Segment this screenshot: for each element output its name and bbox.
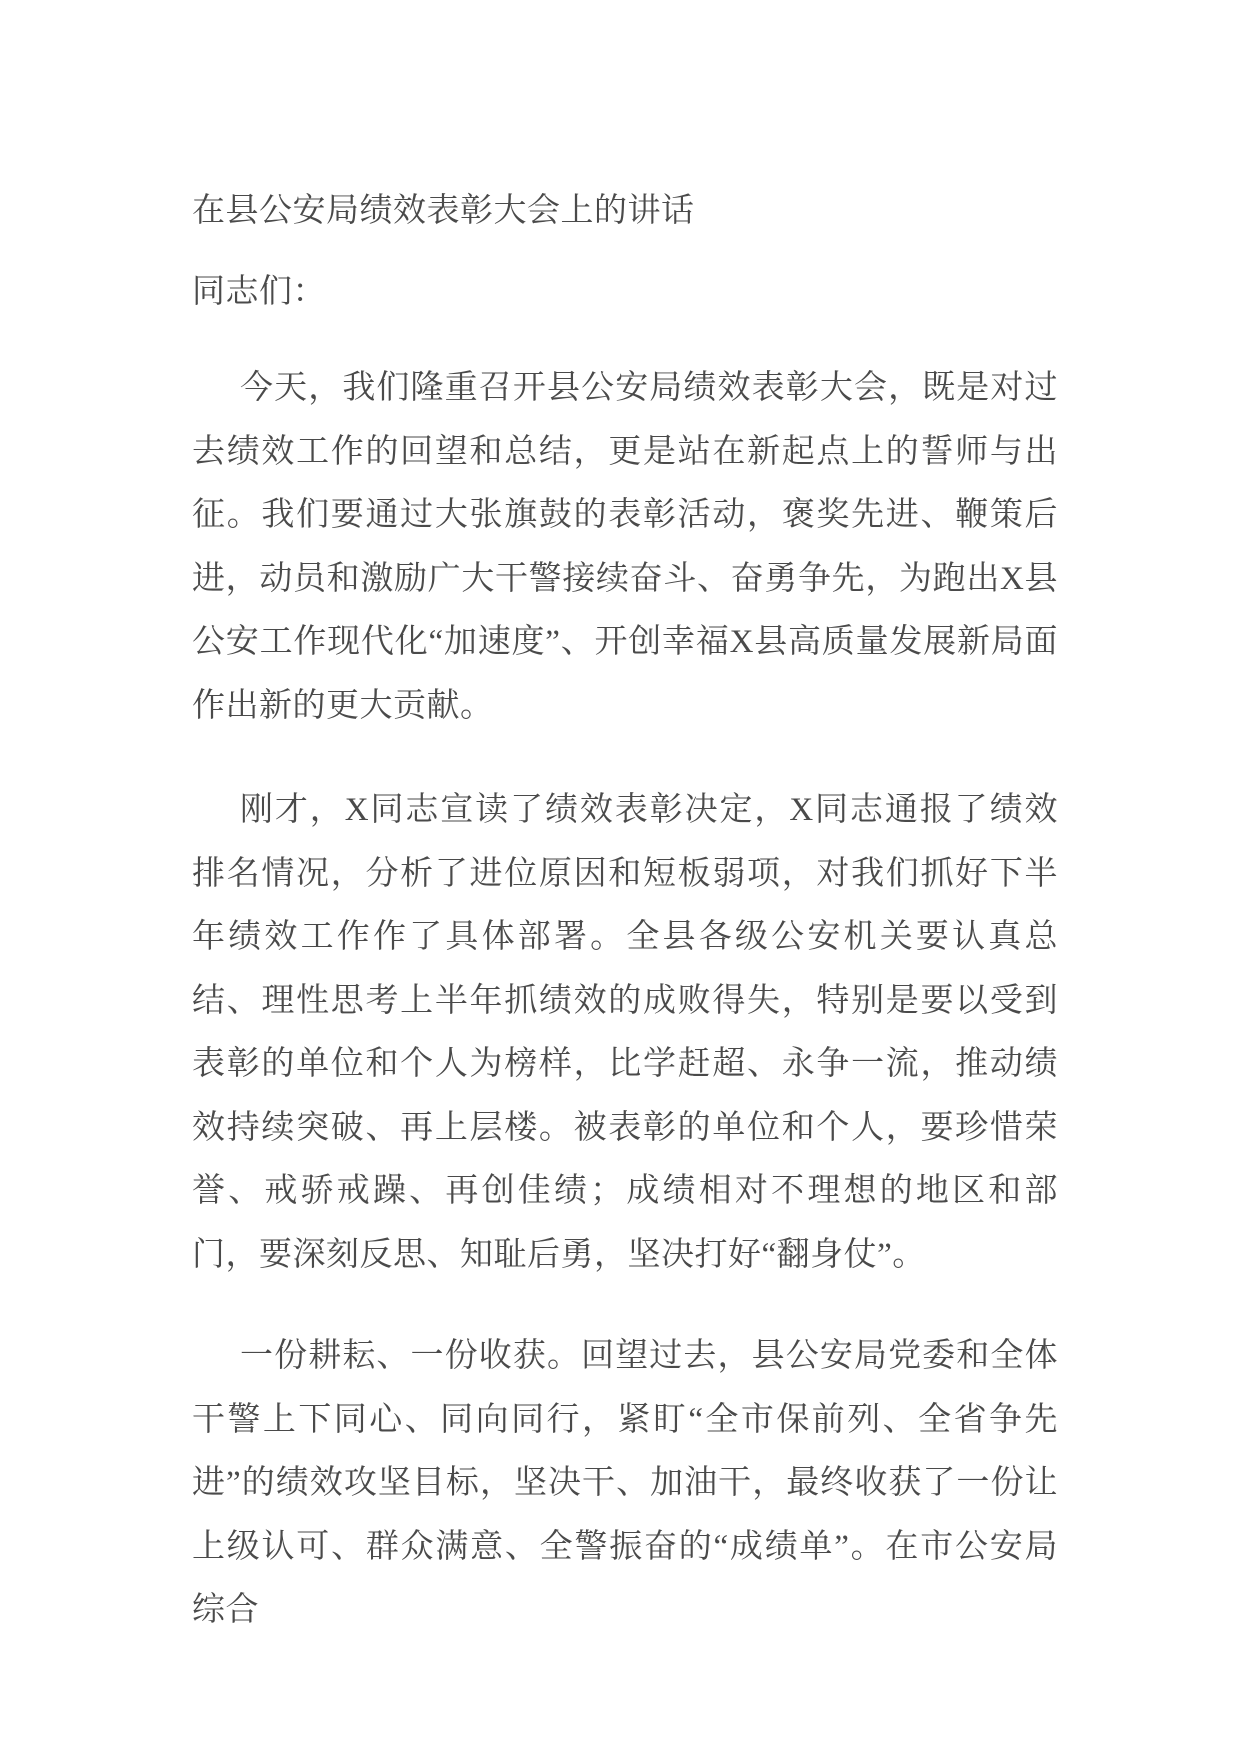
- document-page: 在县公安局绩效表彰大会上的讲话 同志们： 今天，我们隆重召开县公安局绩效表彰大会…: [0, 0, 1241, 1755]
- body-paragraph-1: 今天，我们隆重召开县公安局绩效表彰大会，既是对过去绩效工作的回望和总结，更是站在…: [192, 357, 1058, 738]
- body-paragraph-3: 一份耕耘、一份收获。回望过去，县公安局党委和全体干警上下同心、同向同行，紧盯“全…: [192, 1325, 1058, 1643]
- body-paragraph-2: 刚才，X同志宣读了绩效表彰决定，X同志通报了绩效排名情况，分析了进位原因和短板弱…: [192, 779, 1058, 1287]
- document-title: 在县公安局绩效表彰大会上的讲话: [192, 180, 1058, 244]
- salutation-line: 同志们：: [192, 261, 1058, 325]
